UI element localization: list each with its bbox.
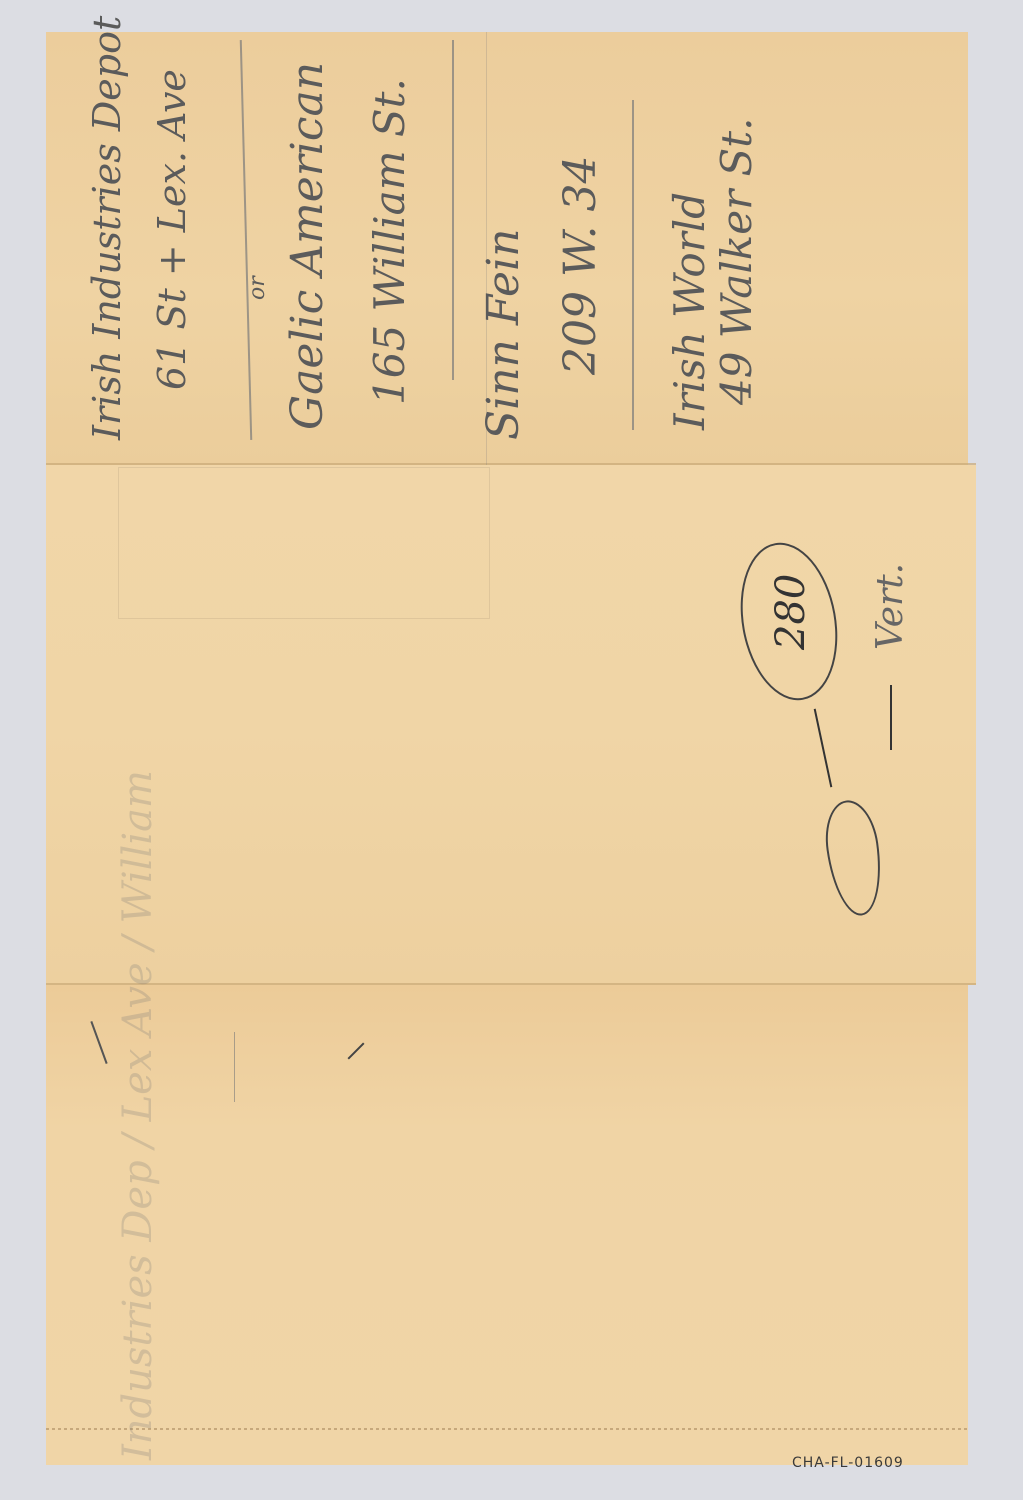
- perforation-line: [46, 1427, 968, 1431]
- note-1-line-2: 61 St + Lex. Ave: [150, 69, 194, 390]
- bottom-panel: [46, 985, 968, 1465]
- note-4-line-1: Irish World: [665, 192, 714, 430]
- circled-number: 280: [768, 574, 814, 650]
- separator-mark: or: [245, 276, 270, 300]
- faint-bleedthrough-text: Industries Dep / Lex Ave / William: [115, 770, 161, 1460]
- note-3-line-1: Sinn Fein: [478, 229, 529, 440]
- vert-annotation: Vert.: [870, 563, 911, 650]
- note-2-line-2: 165 William St.: [365, 78, 414, 405]
- note-3-line-2: 209 W. 34: [555, 156, 606, 375]
- note-1-line-1: Irish Industries Depot: [85, 16, 129, 440]
- pencil-divider-3: [632, 100, 634, 430]
- dash-mark-1: [890, 685, 892, 750]
- fold-line-upper: [46, 463, 976, 465]
- faint-printed-box: [118, 467, 490, 619]
- note-2-line-1: Gaelic American: [282, 62, 333, 430]
- archive-label: CHA-FL-01609: [792, 1455, 904, 1471]
- pencil-divider-2: [452, 40, 454, 380]
- pencil-tick: [234, 1032, 235, 1102]
- note-4-line-2: 49 Walker St.: [712, 117, 761, 405]
- fold-line-lower: [46, 983, 976, 985]
